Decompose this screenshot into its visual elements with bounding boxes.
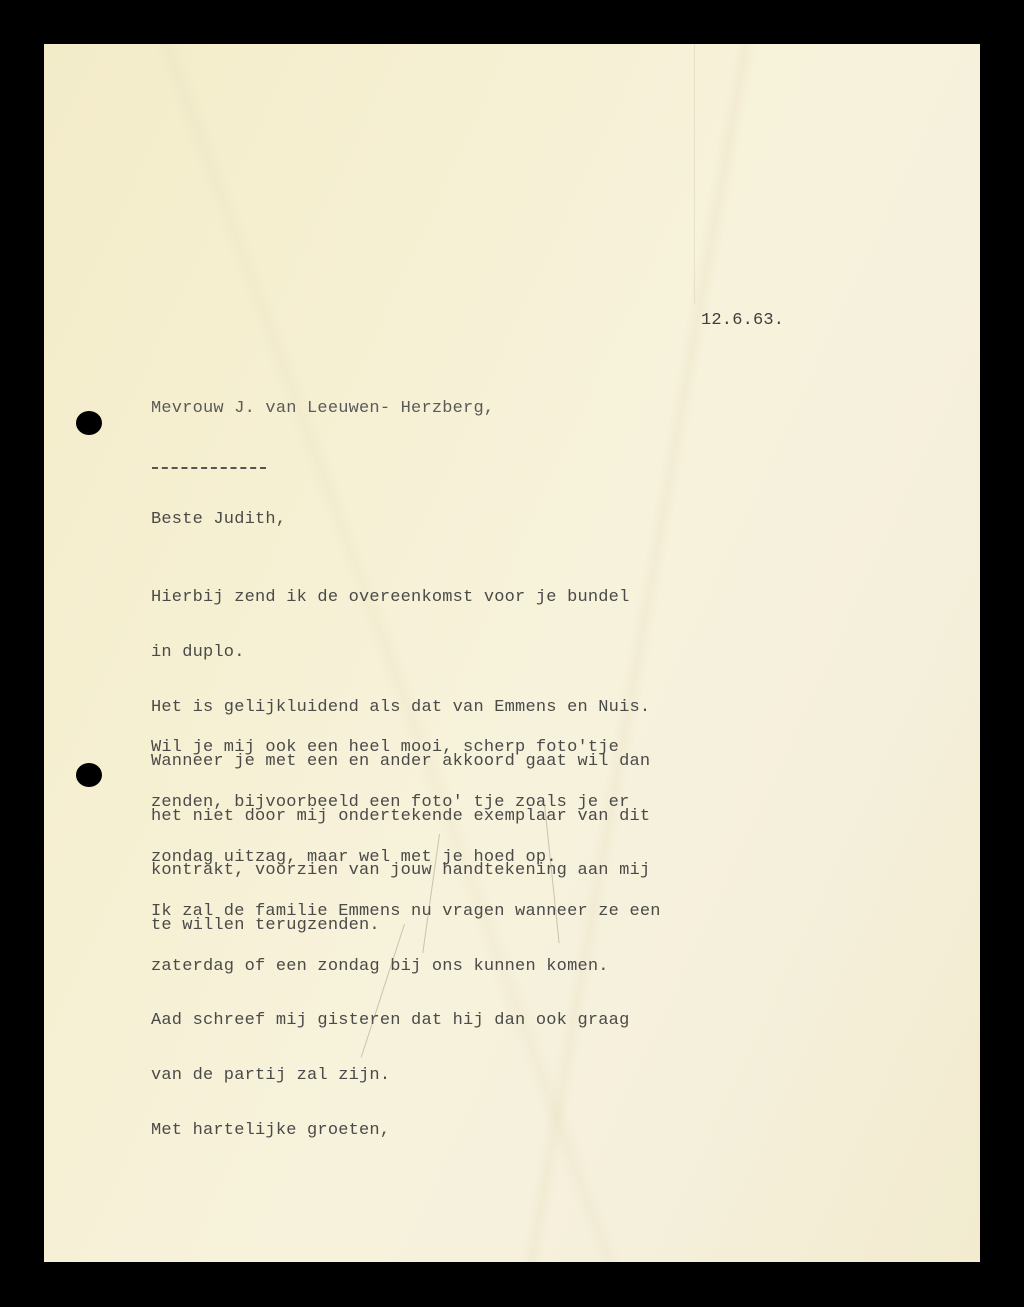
text-line: in duplo.: [151, 644, 650, 662]
paragraph-2: Wil je mij ook een heel mooi, scherp fot…: [151, 703, 661, 1176]
text-line: zondag uitzag, maar wel met je hoed op.: [151, 849, 661, 867]
letter-page: 12.6.63. Mevrouw J. van Leeuwen- Herzber…: [44, 44, 980, 1262]
recipient-underline: [152, 467, 266, 469]
text-line: zenden, bijvoorbeeld een foto' tje zoals…: [151, 794, 661, 812]
paper-fold-line: [694, 44, 695, 304]
text-line: Wil je mij ook een heel mooi, scherp fot…: [151, 739, 661, 757]
recipient-address: Mevrouw J. van Leeuwen- Herzberg,: [151, 400, 494, 418]
text-line: Aad schreef mij gisteren dat hij dan ook…: [151, 1012, 661, 1030]
text-line: zaterdag of een zondag bij ons kunnen ko…: [151, 958, 661, 976]
text-line: van de partij zal zijn.: [151, 1067, 661, 1085]
salutation: Beste Judith,: [151, 511, 286, 529]
letter-date: 12.6.63.: [701, 312, 784, 330]
text-line: Ik zal de familie Emmens nu vragen wanne…: [151, 903, 661, 921]
text-line: Met hartelijke groeten,: [151, 1122, 661, 1140]
punch-hole-top: [76, 411, 102, 435]
punch-hole-bottom: [76, 763, 102, 787]
text-line: Hierbij zend ik de overeenkomst voor je …: [151, 589, 650, 607]
